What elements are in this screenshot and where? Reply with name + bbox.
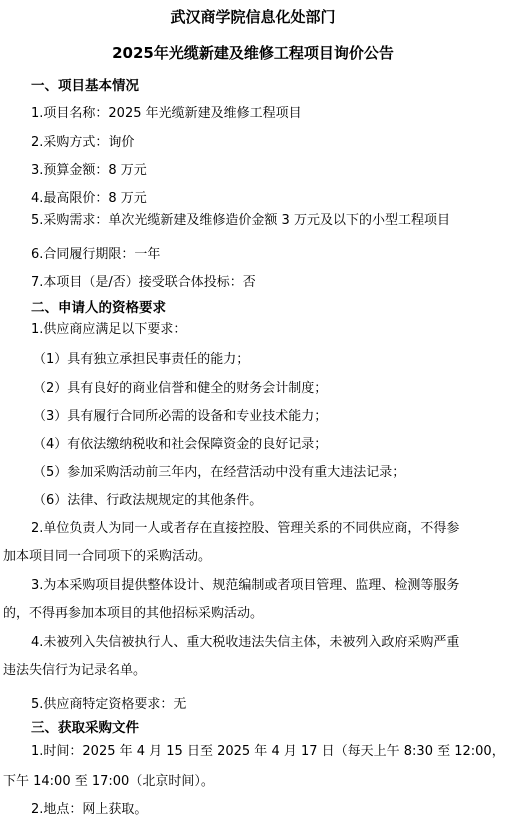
procurement-method: 2.采购方式：询价 (31, 135, 134, 151)
contract-period: 6.合同履行期限：一年 (31, 247, 160, 263)
qualification-item-3-line1: 3.为本采购项目提供整体设计、规范编制或者项目管理、监理、检测等服务 (31, 578, 459, 594)
section-heading-basic-info: 一、项目基本情况 (31, 78, 139, 94)
qualification-item-4-line2: 违法失信行为记录名单。 (3, 663, 146, 679)
requirement-item: （3）具有履行合同所必需的设备和专业技术能力； (33, 409, 327, 425)
obtain-location: 2.地点：网上获取。 (31, 802, 147, 818)
qualification-intro: 1.供应商应满足以下要求： (31, 322, 186, 338)
obtain-time-line2: 下午 14:00 至 17:00（北京时间）。 (3, 774, 214, 790)
requirement-item: （4）有依法缴纳税收和社会保障资金的良好记录； (33, 437, 327, 453)
section-heading-qualifications: 二、申请人的资格要求 (31, 300, 166, 316)
procurement-requirement: 5.采购需求：单次光缆新建及维修造价金额 3 万元及以下的小型工程项目 (31, 213, 450, 229)
requirement-item: （2）具有良好的商业信誉和健全的财务会计制度； (33, 381, 327, 397)
project-name: 1.项目名称：2025 年光缆新建及维修工程项目 (31, 106, 302, 122)
section-heading-obtain-documents: 三、获取采购文件 (31, 720, 139, 736)
consortium-bidding: 7.本项目（是/否）接受联合体投标：否 (31, 275, 256, 291)
qualification-item-3-line2: 的，不得再参加本项目的其他招标采购活动。 (3, 606, 263, 622)
specific-qualification: 5.供应商特定资格要求：无 (31, 697, 186, 713)
notice-title: 2025年光缆新建及维修工程项目询价公告 (0, 44, 506, 62)
requirement-item: （1）具有独立承担民事责任的能力； (33, 352, 249, 368)
qualification-item-2-line2: 加本项目同一合同项下的采购活动。 (3, 549, 211, 565)
max-price: 4.最高限价：8 万元 (31, 191, 147, 207)
requirement-item: （6）法律、行政法规规定的其他条件。 (33, 493, 262, 509)
org-title: 武汉商学院信息化处部门 (0, 8, 506, 26)
announcement-document: 武汉商学院信息化处部门 2025年光缆新建及维修工程项目询价公告 一、项目基本情… (0, 0, 506, 831)
budget-amount: 3.预算金额：8 万元 (31, 163, 147, 179)
obtain-time-line1: 1.时间：2025 年 4 月 15 日至 2025 年 4 月 17 日（每天… (31, 744, 505, 760)
qualification-item-2-line1: 2.单位负责人为同一人或者存在直接控股、管理关系的不同供应商，不得参 (31, 521, 459, 537)
qualification-item-4-line1: 4.未被列入失信被执行人、重大税收违法失信主体，未被列入政府采购严重 (31, 635, 459, 651)
requirement-item: （5）参加采购活动前三年内，在经营活动中没有重大违法记录； (33, 465, 405, 481)
